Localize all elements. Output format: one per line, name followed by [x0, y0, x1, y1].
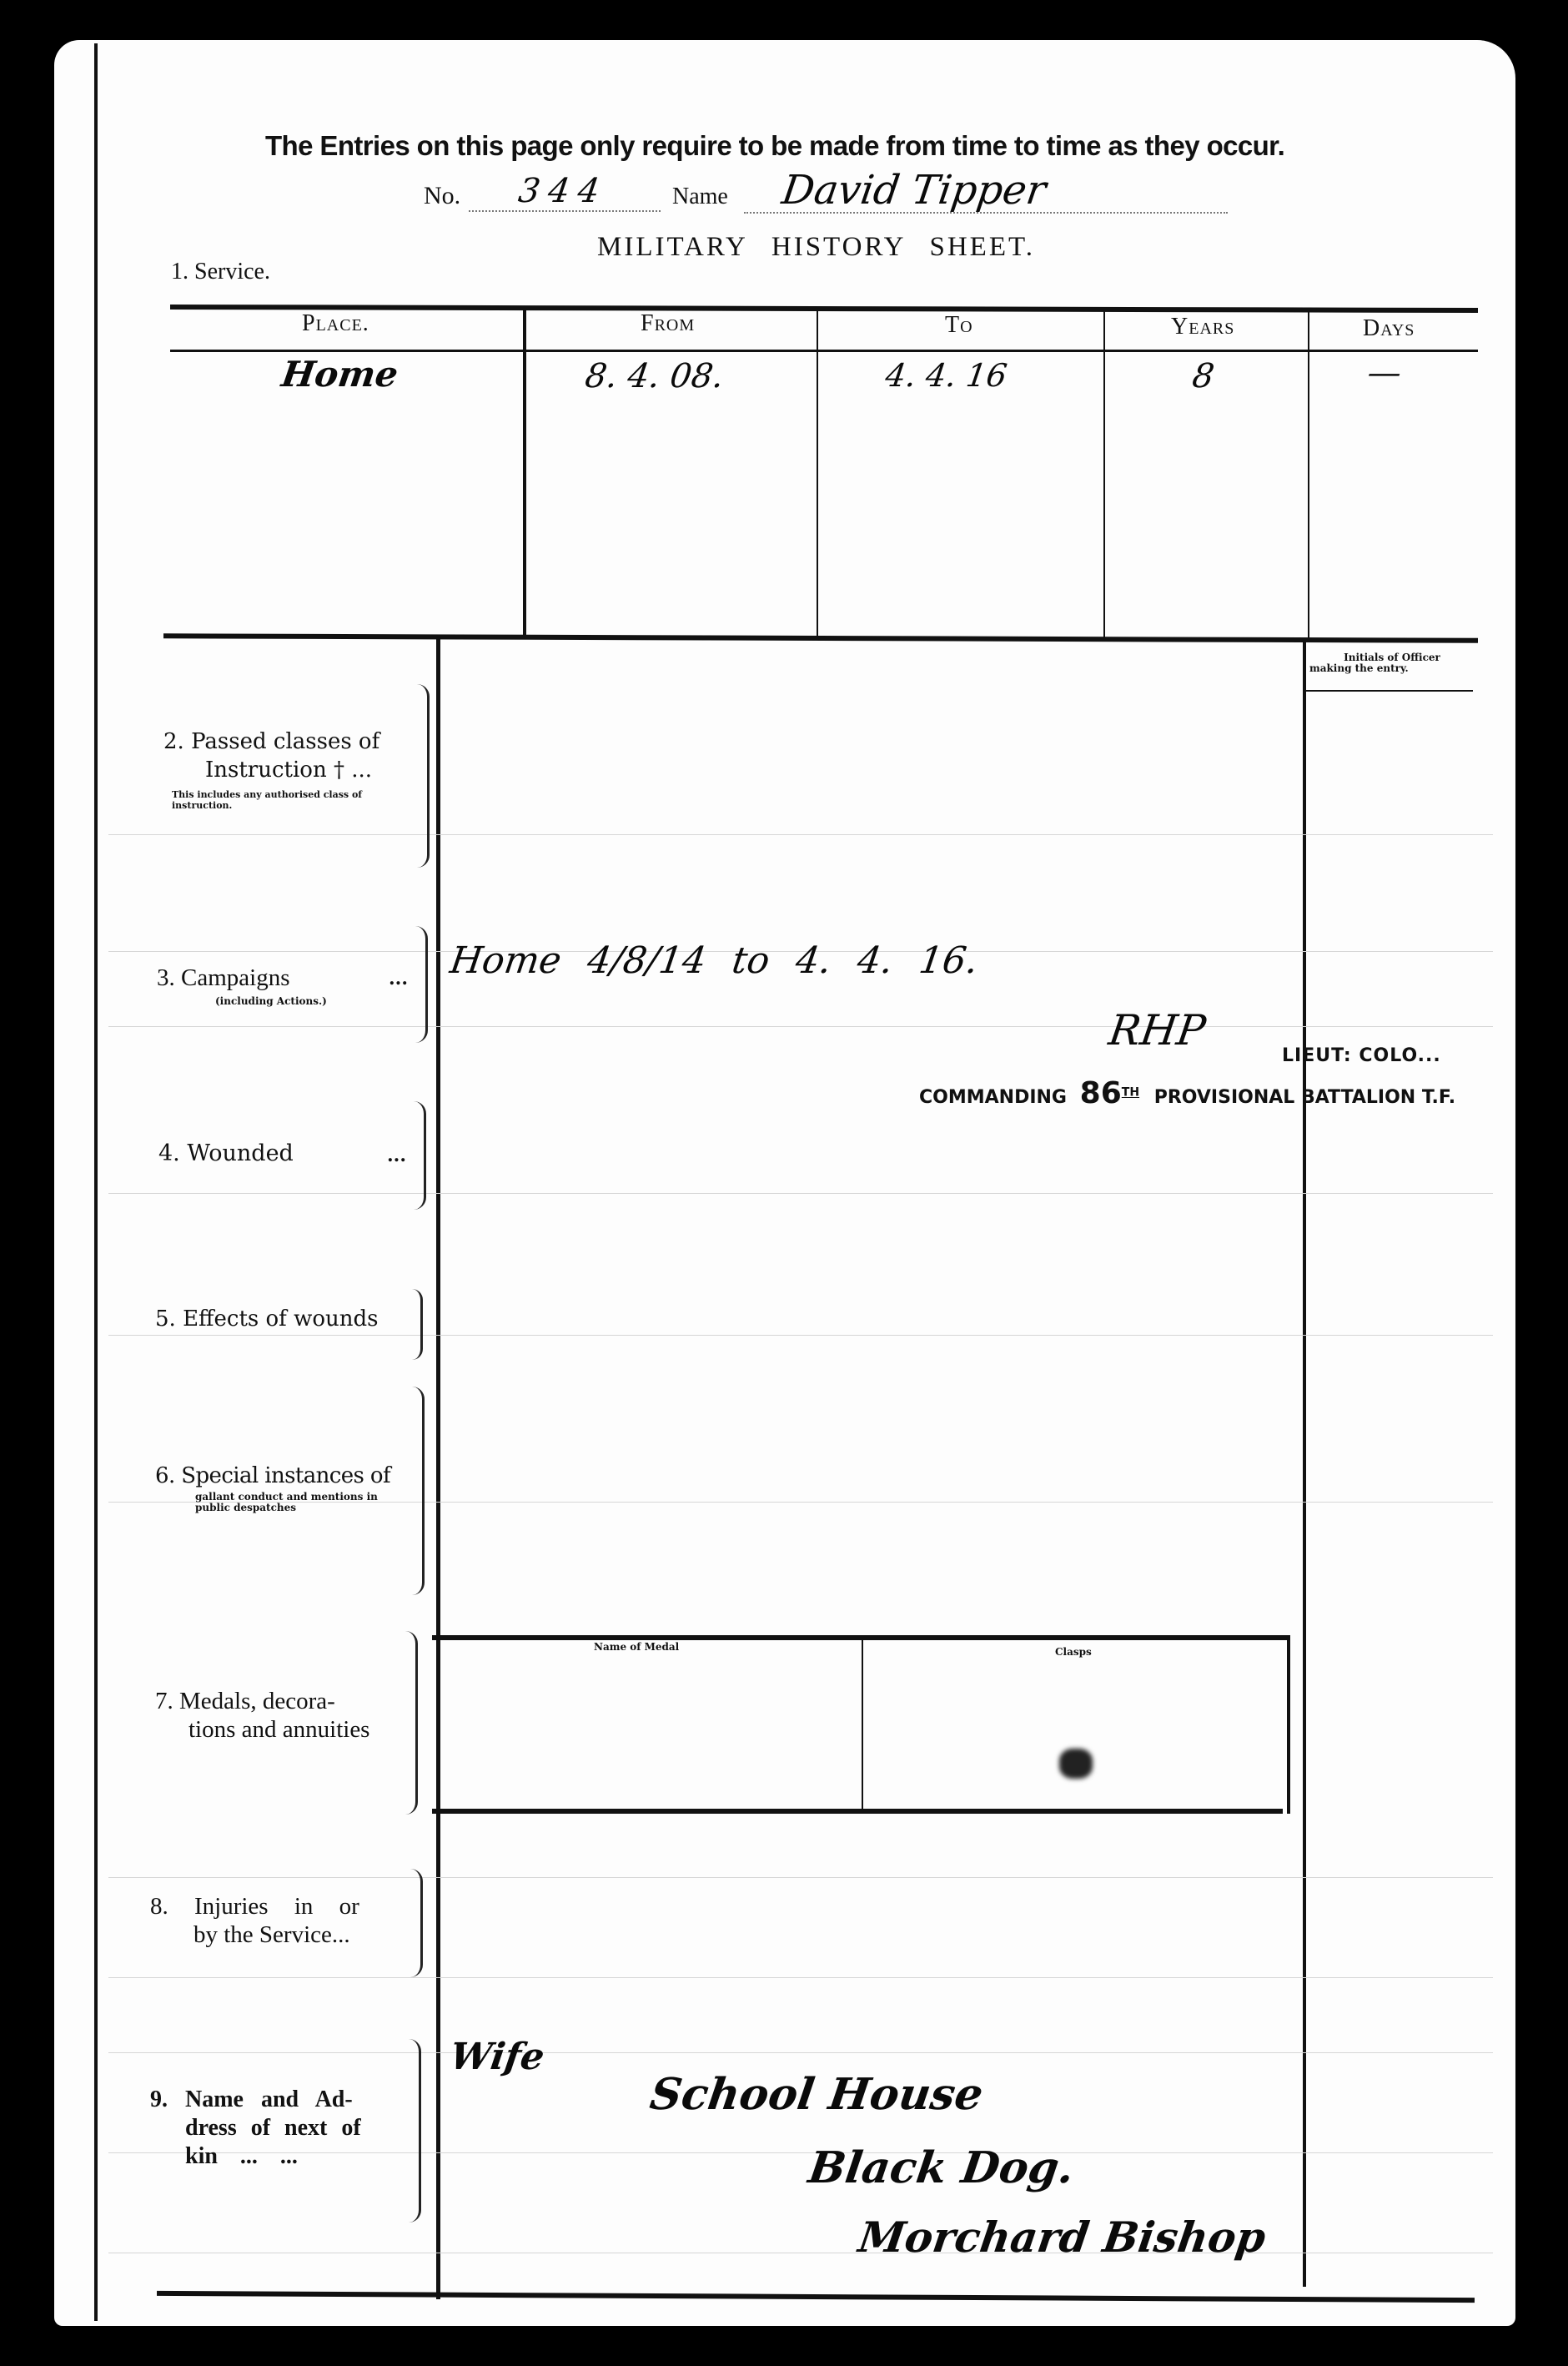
section-3-title: 3. Campaigns [157, 964, 290, 992]
officer-initials-signature: RHP [1106, 1006, 1209, 1055]
section-7-title-line1: 7. Medals, decora- [155, 1687, 405, 1715]
section-7-title-line2: tions and annuities [188, 1715, 405, 1744]
ruled-line [108, 2052, 1493, 2053]
ruled-line [108, 1193, 1493, 1194]
medals-col-clasps: Clasps [1055, 1647, 1092, 1658]
section-9-title-line2: dress of next of [185, 2114, 409, 2142]
initials-header-underline [1306, 690, 1473, 692]
section-6-note: gallant conduct and mentions in public d… [195, 1492, 414, 1513]
medals-divider [862, 1640, 863, 1809]
section-7-title: 7. Medals, decora- tions and annuities [155, 1687, 405, 1744]
medals-right-border [1287, 1635, 1290, 1814]
section-7-brace [405, 1631, 418, 1815]
next-of-kin-address-line1: School House [647, 2069, 987, 2120]
col-header-from: From [641, 310, 695, 337]
ruled-line [108, 834, 1493, 835]
service-section-label: 1. Service. [171, 259, 270, 285]
name-value: David Tipper [779, 167, 1049, 214]
ruled-line [108, 1026, 1493, 1027]
service-days-value: — [1365, 354, 1404, 392]
col-divider-from [817, 309, 818, 638]
next-of-kin-address-line2: Black Dog. [806, 2142, 1078, 2193]
section-3-note: (including Actions.) [215, 996, 327, 1007]
section-8-title-line2: by the Service... [193, 1920, 409, 1949]
ruled-line [108, 1877, 1493, 1878]
section-4-dots: ... [387, 1145, 406, 1166]
service-number-value: 344 [516, 172, 611, 210]
service-table-header-border [170, 350, 1478, 352]
left-margin-line [94, 43, 98, 2321]
section-6-brace [412, 1387, 425, 1595]
ruled-line [108, 1977, 1493, 1978]
initials-header: Initials of Officer making the entry. [1321, 652, 1463, 674]
body-left-border [436, 639, 440, 2299]
section-9-brace [409, 2039, 421, 2223]
ruled-line [108, 1335, 1493, 1336]
stamp-commanding-prefix: COMMANDING [919, 1087, 1067, 1108]
service-place-value: Home [279, 354, 401, 395]
service-from-value: 8. 4. 08. [583, 357, 726, 395]
next-of-kin-address-line3: Morchard Bishop [856, 2212, 1269, 2262]
name-label: Name [672, 184, 728, 210]
section-9-title-line1: 9. Name and Ad- [150, 2086, 409, 2114]
medals-col-name: Name of Medal [594, 1642, 679, 1653]
service-number-underline [469, 210, 661, 212]
col-divider-place [523, 309, 526, 638]
next-of-kin-relation: Wife [447, 2036, 546, 2078]
stamp-battalion-suffix: TH [1122, 1086, 1139, 1100]
col-header-to: To [945, 312, 973, 339]
service-number-label: No. [424, 182, 460, 210]
section-3-brace [415, 926, 428, 1043]
stamp-battalion-text: PROVISIONAL BATTALION T.F. [1154, 1087, 1455, 1108]
medals-top-border [432, 1635, 1289, 1640]
section-5-title: 5. Effects of wounds [155, 1305, 378, 1333]
ink-smudge [1059, 1749, 1093, 1779]
section-6-title: 6. Special instances of [155, 1462, 390, 1490]
col-divider-years [1308, 309, 1309, 638]
col-divider-to [1103, 309, 1105, 638]
section-2-title: 2. Passed classes of Instruction † ... [163, 727, 422, 784]
campaigns-value: Home 4/8/14 to 4. 4. 16. [447, 939, 980, 982]
section-9-title-line3: kin ... ... [185, 2142, 409, 2171]
ruled-line [108, 2253, 1493, 2253]
section-8-title: 8. Injuries in or by the Service... [150, 1892, 409, 1949]
instruction-text: The Entries on this page only require to… [265, 130, 1284, 162]
section-8-brace [410, 1869, 423, 1977]
initials-header-line2: making the entry. [1309, 663, 1463, 674]
col-header-place: Place. [302, 310, 369, 337]
sheet-title: MILITARY HISTORY SHEET. [597, 232, 1035, 263]
stamp-rank: LIEUT: COLO... [1282, 1045, 1441, 1066]
section-4-title: 4. Wounded [158, 1140, 294, 1168]
stamp-battalion-number: 86 [1080, 1076, 1122, 1110]
col-header-days: Days [1363, 315, 1415, 342]
section-8-title-line1: 8. Injuries in or [150, 1892, 409, 1920]
document-page [54, 40, 1515, 2326]
section-4-brace [414, 1101, 426, 1210]
col-header-years: Years [1171, 314, 1234, 340]
stamp-commanding: COMMANDING 86TH PROVISIONAL BATTALION T.… [919, 1076, 1455, 1110]
section-5-brace [412, 1289, 423, 1360]
medals-bottom-border [432, 1809, 1283, 1814]
section-2-note: This includes any authorised class of in… [172, 789, 422, 811]
section-2-title-line2: Instruction † ... [205, 756, 422, 784]
section-9-title: 9. Name and Ad- dress of next of kin ...… [150, 2086, 409, 2171]
section-3-dots: ... [389, 968, 408, 989]
section-2-title-line1: 2. Passed classes of [163, 727, 422, 756]
initials-column-border [1303, 639, 1306, 2287]
service-to-value: 4. 4. 16 [883, 357, 1009, 394]
